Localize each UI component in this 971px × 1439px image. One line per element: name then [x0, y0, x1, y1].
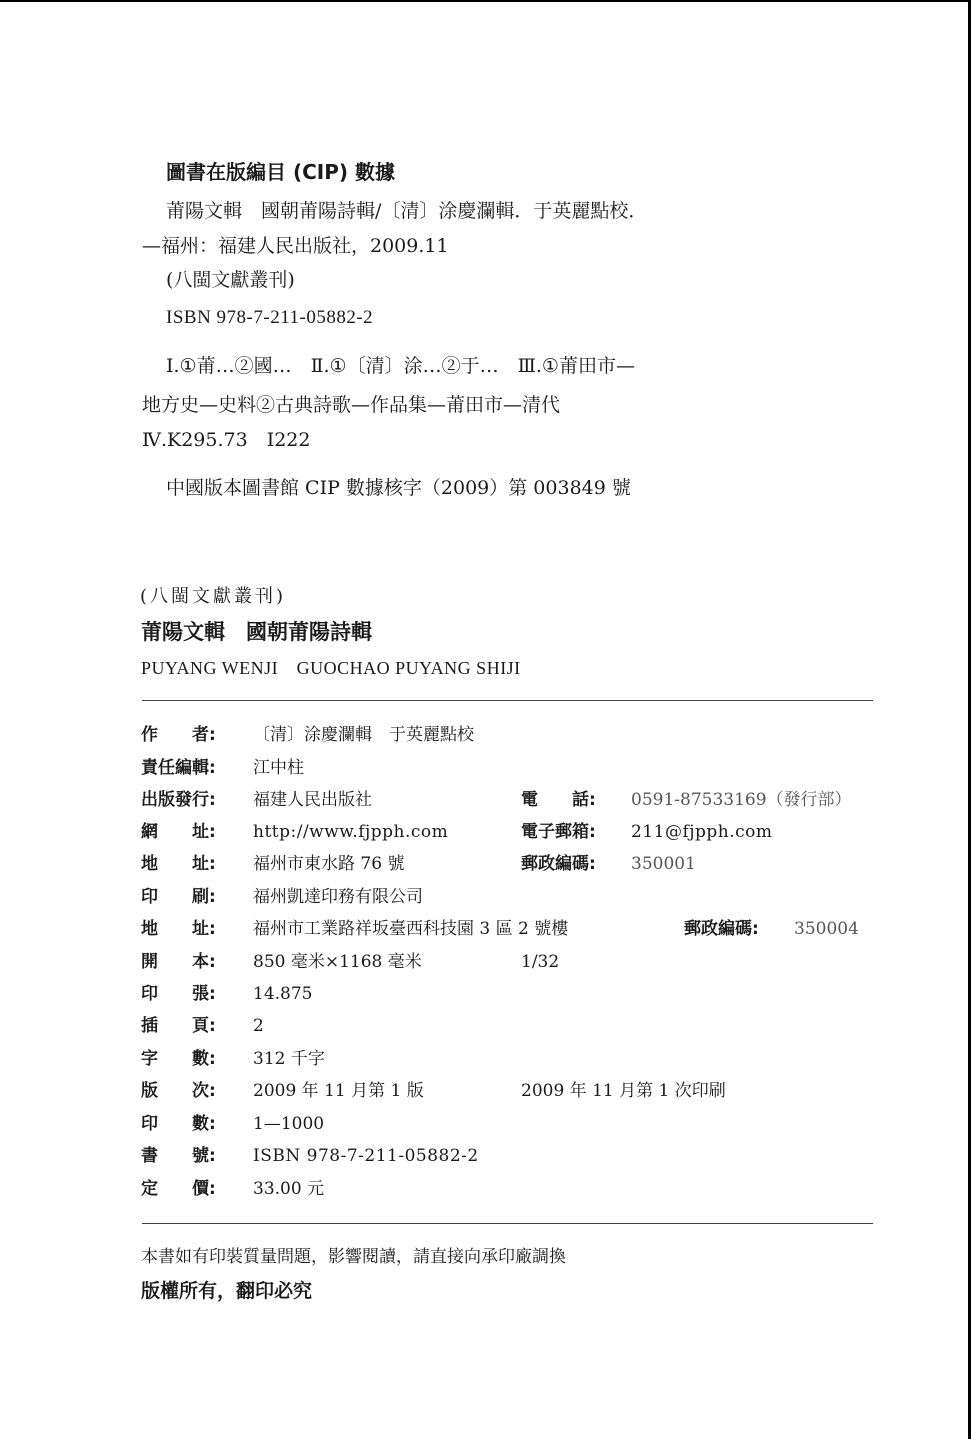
book-title-pinyin: PUYANG WENJI GUOCHAO PUYANG SHIJI: [141, 656, 521, 680]
value-printer-postcode: 350004: [794, 916, 859, 942]
value-book-number: ISBN 978-7-211-05882-2: [253, 1143, 479, 1169]
value-printer-address: 福州市工業路祥坂臺西科技園 3 區 2 號樓: [253, 916, 568, 942]
cip-classification-1: Ⅰ.①莆…②國… Ⅱ.①〔清〕涂…②于… Ⅲ.①莆田市—: [166, 354, 635, 378]
value-edition: 2009 年 11 月第 1 版: [253, 1078, 424, 1104]
label-book-number: 書 號:: [141, 1143, 216, 1169]
value-format-fold: 1/32: [521, 949, 559, 975]
label-printer: 印 刷:: [141, 884, 216, 910]
divider-top: [142, 700, 873, 701]
value-printer: 福州凱達印務有限公司: [253, 884, 423, 910]
value-author: 〔清〕涂慶瀾輯 于英麗點校: [253, 722, 474, 748]
value-phone: 0591-87533169（發行部）: [631, 787, 852, 813]
label-print-run: 印 數:: [141, 1111, 216, 1137]
value-publisher: 福建人民出版社: [253, 787, 372, 813]
quality-notice: 本書如有印裝質量問題，影響閱讀，請直接向承印廠調換: [141, 1245, 566, 1269]
label-website: 網 址:: [141, 819, 216, 845]
value-website: http://www.fjpph.com: [253, 819, 448, 845]
cip-heading: 圖書在版編目 (CIP) 數據: [166, 160, 395, 184]
value-email: 211@fjpph.com: [631, 819, 773, 845]
label-printer-address: 地 址:: [141, 916, 216, 942]
value-inserts: 2: [253, 1013, 264, 1039]
value-print-run: 1—1000: [253, 1111, 324, 1137]
divider-bottom: [142, 1223, 873, 1224]
cip-approval-number: 中國版本圖書館 CIP 數據核字（2009）第 003849 號: [166, 476, 631, 500]
cip-classification-2: 地方史—史料②古典詩歌—作品集—莆田市—清代: [142, 393, 560, 417]
value-editor: 江中柱: [253, 755, 304, 781]
value-price: 33.00 元: [253, 1176, 324, 1202]
cip-line-publisher: —福州：福建人民出版社，2009.11: [142, 234, 449, 258]
label-address: 地 址:: [141, 851, 216, 877]
page-border-top: [0, 0, 971, 2]
label-phone: 電 話:: [521, 787, 596, 813]
book-series: (八閩文獻叢刊): [140, 585, 286, 609]
label-publisher: 出版發行:: [141, 787, 216, 813]
label-inserts: 插 頁:: [141, 1013, 216, 1039]
label-price: 定 價:: [141, 1176, 216, 1202]
label-email: 電子郵箱:: [521, 819, 596, 845]
value-postcode: 350001: [631, 851, 696, 877]
label-edition: 版 次:: [141, 1078, 216, 1104]
label-editor: 責任編輯:: [141, 755, 216, 781]
label-printer-postcode: 郵政編碼:: [684, 916, 759, 942]
label-word-count: 字 數:: [141, 1046, 216, 1072]
cip-classification-3: Ⅳ.K295.73 I222: [142, 428, 310, 452]
value-address: 福州市東水路 76 號: [253, 851, 404, 877]
label-sheets: 印 張:: [141, 981, 216, 1007]
cip-line-isbn: ISBN 978-7-211-05882-2: [166, 306, 373, 330]
cip-line-title: 莆陽文輯 國朝莆陽詩輯/〔清〕涂慶瀾輯．于英麗點校．: [166, 199, 647, 223]
cip-line-series: (八閩文獻叢刊): [166, 268, 295, 292]
label-format: 開 本:: [141, 949, 216, 975]
value-format: 850 毫米×1168 毫米: [253, 949, 422, 975]
value-printing: 2009 年 11 月第 1 次印刷: [521, 1078, 726, 1104]
label-postcode: 郵政編碼:: [521, 851, 596, 877]
value-word-count: 312 千字: [253, 1046, 325, 1072]
label-author: 作 者:: [141, 722, 216, 748]
value-sheets: 14.875: [253, 981, 312, 1007]
book-title: 莆陽文輯 國朝莆陽詩輯: [141, 620, 372, 644]
copyright-notice: 版權所有，翻印必究: [141, 1279, 312, 1303]
